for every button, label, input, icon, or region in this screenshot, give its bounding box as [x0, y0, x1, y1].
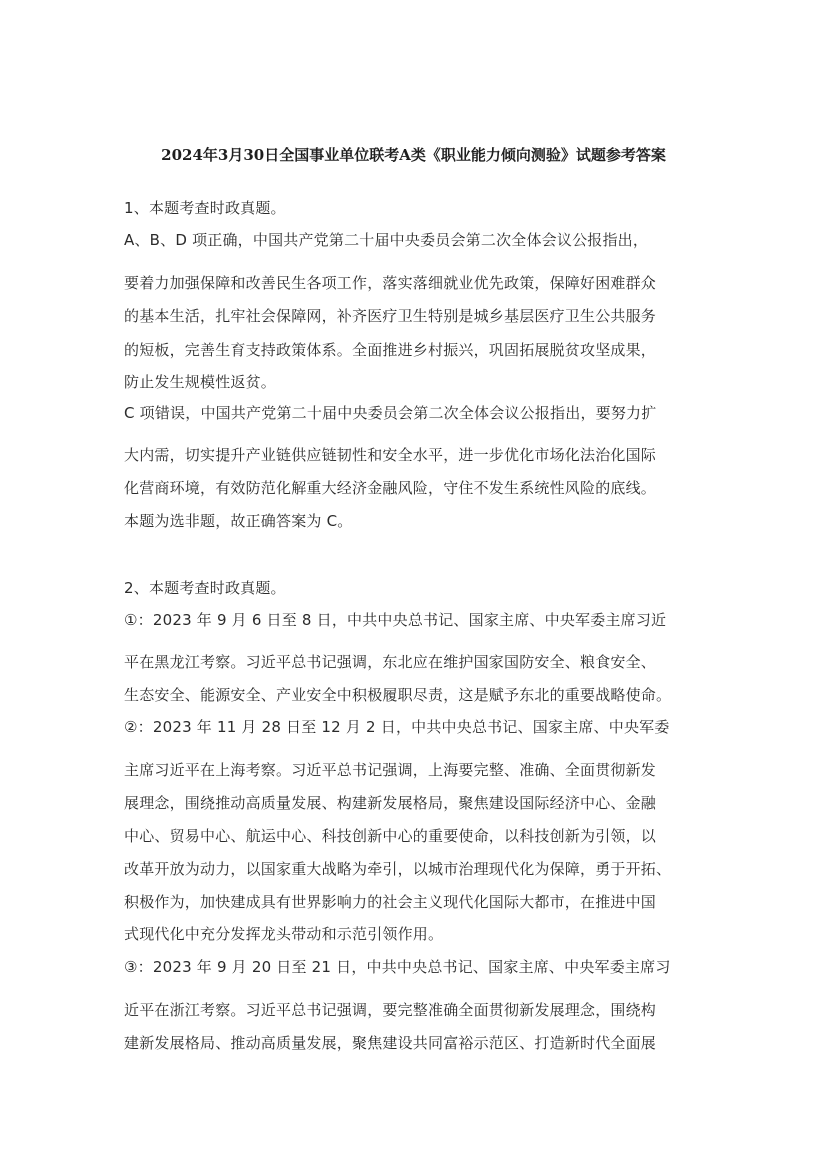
q2-heading: 2、本题考查时政真题。	[124, 578, 714, 598]
q2-line: 平在黑龙江考察。习近平总书记强调，东北应在维护国家国防安全、粮食安全、	[124, 652, 714, 672]
q1-answer: 本题为选非题，故正确答案为 C。	[124, 511, 714, 531]
q2-line: ①：2023 年 9 月 6 日至 8 日，中共中央总书记、国家主席、中央军委主…	[124, 610, 714, 630]
q2-line: 生态安全、能源安全、产业安全中积极履职尽责，这是赋予东北的重要战略使命。	[124, 685, 714, 705]
q2-line: 积极作为，加快建成具有世界影响力的社会主义现代化国际大都市，在推进中国	[124, 892, 714, 912]
q1-heading: 1、本题考查时政真题。	[124, 198, 714, 218]
q2-line: 展理念，围绕推动高质量发展、构建新发展格局，聚焦建设国际经济中心、金融	[124, 793, 714, 813]
q2-line: 式现代化中充分发挥龙头带动和示范引领作用。	[124, 924, 714, 944]
q1-line: 的基本生活，扎牢社会保障网，补齐医疗卫生特别是城乡基层医疗卫生公共服务	[124, 306, 714, 326]
document-title: 2024年3月30日全国事业单位联考A类《职业能力倾向测验》试题参考答案	[0, 144, 827, 165]
q2-line: 改革开放为动力，以国家重大战略为牵引，以城市治理现代化为保障，勇于开拓、	[124, 859, 714, 879]
q2-line: ②：2023 年 11 月 28 日至 12 月 2 日，中共中央总书记、国家主…	[124, 717, 714, 737]
q1-line: 防止发生规模性返贫。	[124, 372, 714, 392]
q2-line: 主席习近平在上海考察。习近平总书记强调，上海要完整、准确、全面贯彻新发	[124, 760, 714, 780]
q1-line: A、B、D 项正确，中国共产党第二十届中央委员会第二次全体会议公报指出，	[124, 230, 714, 250]
q1-line: 大内需，切实提升产业链供应链韧性和安全水平，进一步优化市场化法治化国际	[124, 445, 714, 465]
q2-line: 中心、贸易中心、航运中心、科技创新中心的重要使命，以科技创新为引领，以	[124, 826, 714, 846]
q1-line: 化营商环境，有效防范化解重大经济金融风险，守住不发生系统性风险的底线。	[124, 478, 714, 498]
q1-line: 的短板，完善生育支持政策体系。全面推进乡村振兴，巩固拓展脱贫攻坚成果，	[124, 340, 714, 360]
q2-line: ③：2023 年 9 月 20 日至 21 日，中共中央总书记、国家主席、中央军…	[124, 957, 714, 977]
document-page: 2024年3月30日全国事业单位联考A类《职业能力倾向测验》试题参考答案 1、本…	[0, 0, 827, 1169]
q1-line: 要着力加强保障和改善民生各项工作，落实落细就业优先政策，保障好困难群众	[124, 273, 714, 293]
q2-line: 建新发展格局、推动高质量发展，聚焦建设共同富裕示范区、打造新时代全面展	[124, 1033, 714, 1053]
q1-line: C 项错误，中国共产党第二十届中央委员会第二次全体会议公报指出，要努力扩	[124, 403, 714, 423]
q2-line: 近平在浙江考察。习近平总书记强调，要完整准确全面贯彻新发展理念，围绕构	[124, 1000, 714, 1020]
